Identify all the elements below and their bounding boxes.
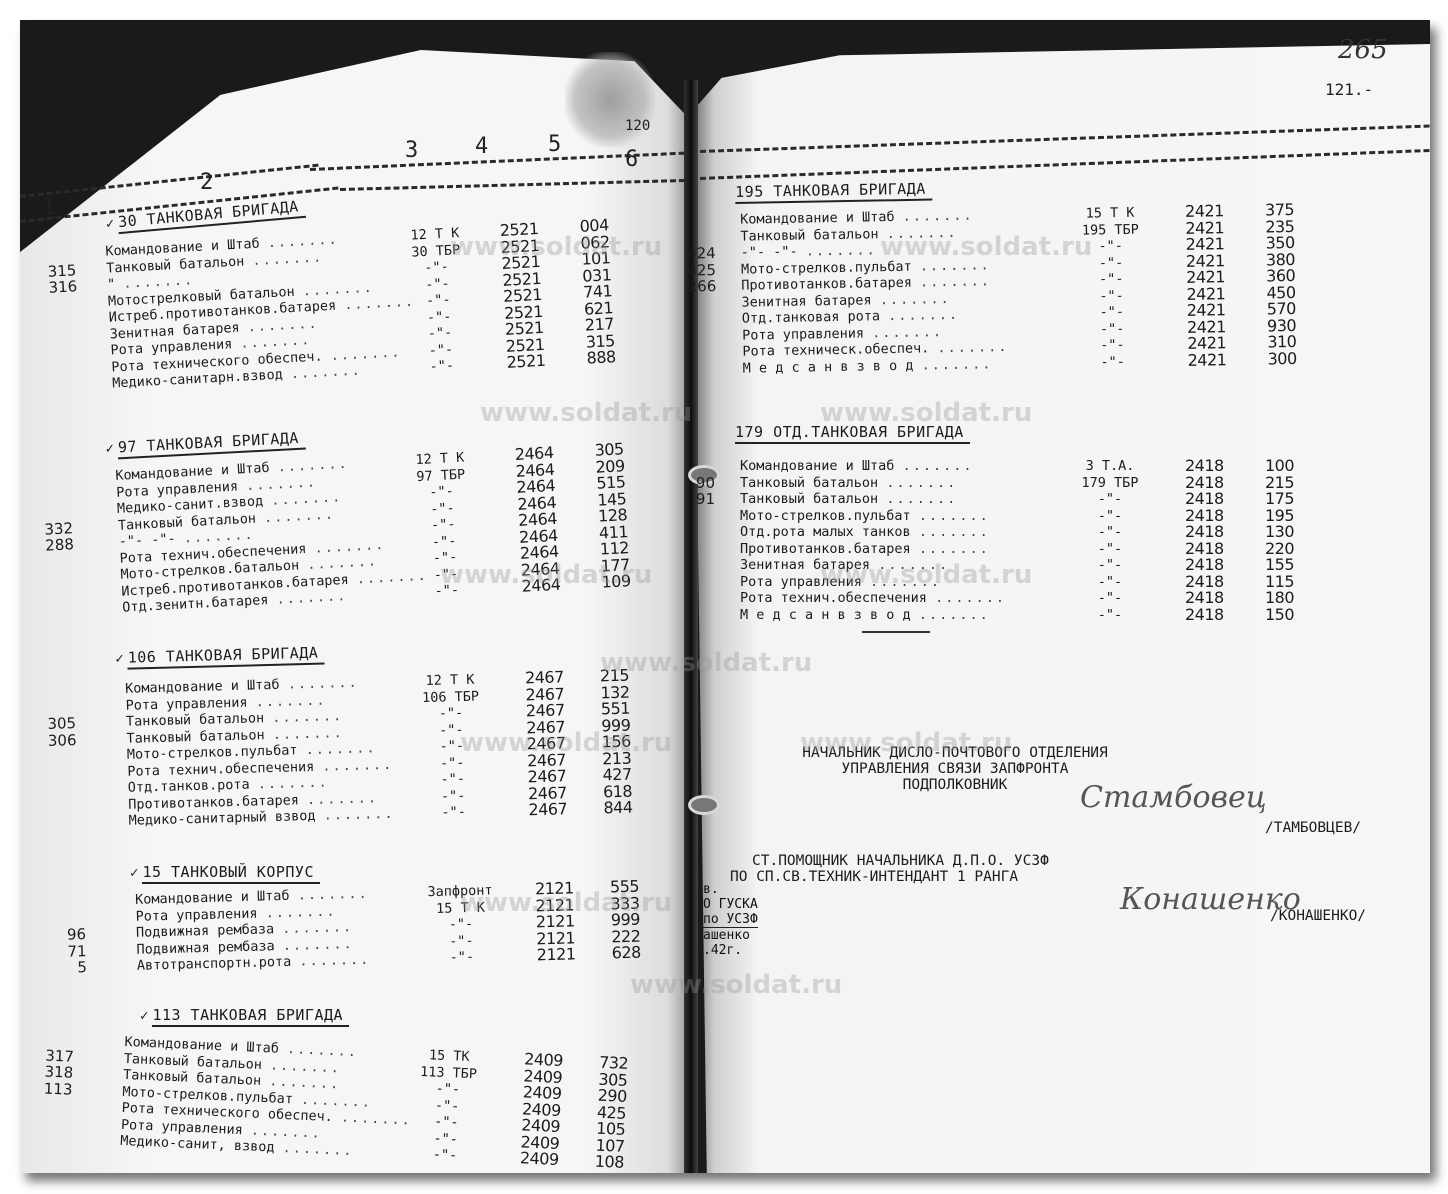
column-number: 5	[548, 132, 561, 157]
postal-station-code: 2464	[521, 577, 561, 596]
parent-unit: -"-	[1065, 541, 1155, 558]
parent-unit: -"-	[1068, 353, 1158, 371]
section-title: 195 ТАНКОВАЯ БРИГАДА	[735, 180, 932, 204]
field-post-number: 888	[586, 349, 616, 367]
subunit-name: М е д с а н в з в о д .......	[740, 607, 990, 624]
margin-note: 424	[676, 245, 716, 262]
stamp-line: по УСЗФ	[703, 912, 758, 928]
stamp-line: О ГУСКА	[703, 897, 758, 912]
subunit-name: Противотанков.батарея .......	[740, 541, 990, 558]
postal-station-code: 2467	[528, 801, 567, 819]
parent-unit: -"-	[1067, 320, 1157, 338]
table-row: Зенитная батарея .......-"-2418155	[720, 557, 1340, 574]
parent-unit: -"-	[417, 948, 507, 967]
parent-unit: -"-	[1066, 237, 1156, 255]
parent-unit: 3 Т.А.	[1065, 458, 1155, 475]
margin-note: 306	[36, 732, 76, 750]
margin-note: 5	[47, 959, 87, 977]
margin-note: 91	[675, 491, 715, 508]
parent-unit: -"-	[1065, 557, 1155, 574]
parent-unit: -"-	[1067, 336, 1157, 354]
section-195-rows: Командование и Штаб .......15 Т К2421375…	[720, 201, 1343, 377]
field-post-number: 109	[601, 573, 631, 591]
stamp-line: .42г.	[703, 943, 758, 958]
checkmark-icon: ✓	[140, 1008, 148, 1024]
section-15tk-rows: Командование и Штаб .......Запфронт21215…	[90, 878, 672, 976]
stamp-line: ашенко	[703, 928, 758, 943]
subunit-name: Отд.рота малых танков .......	[740, 524, 990, 541]
column-number: 3	[405, 138, 418, 163]
stamp-line: в.	[703, 882, 758, 897]
column-number: 6	[625, 147, 638, 172]
parent-unit: -"-	[1067, 303, 1157, 321]
section-113-tank-brigade: ✓113 ТАНКОВАЯ БРИГАДА	[140, 1005, 349, 1027]
parent-unit: -"-	[408, 803, 498, 822]
handwritten-signature: Стамбовец	[1080, 780, 1267, 815]
margin-note: 96	[46, 926, 86, 944]
signature-title-line: ПО СП.СВ.ТЕХНИК-ИНТЕНДАНТ 1 РАНГА	[730, 869, 1049, 885]
checkmark-icon: ✓	[115, 651, 124, 667]
margin-note: 305	[36, 715, 76, 733]
parent-unit: -"-	[1065, 491, 1155, 508]
column-number: 1	[42, 195, 55, 220]
document-photo: 1 2 3 4 5 6 120 ✓30 ТАНКОВАЯ БРИГАДА Ком…	[20, 20, 1430, 1173]
column-number: 4	[475, 134, 488, 159]
signatory-name: /КОНАШЕНКО/	[1270, 908, 1366, 924]
parent-unit: -"-	[1066, 254, 1156, 272]
field-post-number: 108	[594, 1154, 624, 1172]
field-post-number: 150	[1265, 607, 1294, 624]
parent-unit: -"-	[1065, 508, 1155, 525]
section-15-tank-corps: ✓15 ТАНКОВЫЙ КОРПУС	[130, 862, 320, 884]
subunit-name: Командование и Штаб .......	[740, 458, 973, 475]
parent-unit: 179 ТБР	[1065, 475, 1155, 492]
parent-unit: -"-	[1066, 270, 1156, 288]
signature-title-line: УПРАВЛЕНИЯ СВЯЗИ ЗАПФРОНТА	[745, 761, 1165, 777]
table-row: Командование и Штаб .......3 Т.А.2418100	[720, 458, 1340, 475]
field-post-number: 844	[603, 800, 632, 817]
checkmark-icon: ✓	[105, 216, 115, 233]
subunit-name: Танковый батальон .......	[740, 475, 957, 492]
field-post-number: 628	[612, 945, 641, 962]
page-number: 121.-	[1325, 80, 1373, 99]
checkmark-icon: ✓	[105, 441, 114, 457]
field-post-number: 300	[1268, 350, 1297, 367]
page-number: 120	[625, 118, 650, 134]
margin-note: 113	[32, 1079, 73, 1097]
table-row: Рота управления .......-"-2418115	[720, 574, 1340, 591]
subunit-name: Рота управления .......	[740, 574, 941, 591]
handwritten-page-number: 265	[1338, 35, 1388, 65]
section-106-rows: Командование и Штаб .......12 Т К2467215…	[80, 667, 664, 831]
postal-station-code: 2121	[537, 946, 576, 964]
margin-note: 288	[34, 536, 75, 555]
parent-unit: -"-	[1066, 287, 1156, 305]
subunit-name: Зенитная батарея .......	[740, 557, 949, 574]
table-row: 90Танковый батальон .......179 ТБР241821…	[720, 475, 1340, 492]
table-row: М е д с а н в з в о д .......-"-2418150	[720, 607, 1340, 624]
subunit-name: Рота технич.обеспечения .......	[740, 590, 1006, 607]
table-row: Рота технич.обеспечения .......-"-241818…	[720, 590, 1340, 607]
table-row: 91Танковый батальон .......-"-2418175	[720, 491, 1340, 508]
subunit-name: Мото-стрелков.пульбат .......	[740, 508, 990, 525]
parent-unit: 195 ТБР	[1065, 221, 1155, 239]
margin-note: 316	[37, 278, 78, 297]
parent-unit: -"-	[1065, 574, 1155, 591]
postal-station-code: 2409	[520, 1150, 559, 1168]
section-97-rows: Командование и Штаб .......12 Т К2464305…	[75, 440, 662, 619]
postal-station-code: 2421	[1188, 352, 1227, 369]
binding-ring	[688, 795, 720, 815]
margin-note: 90	[675, 475, 715, 492]
section-179-tank-brigade: 179 ОТД.ТАНКОВАЯ БРИГАДА	[735, 422, 970, 444]
section-divider	[862, 631, 930, 633]
postal-station-code: 2418	[1185, 607, 1224, 624]
section-179-rows: Командование и Штаб .......3 Т.А.2418100…	[720, 458, 1340, 623]
column-number: 2	[200, 170, 213, 195]
section-title: 15 ТАНКОВЫЙ КОРПУС	[142, 863, 320, 884]
section-195-tank-brigade: 195 ТАНКОВАЯ БРИГАДА	[735, 179, 932, 204]
parent-unit: -"-	[1065, 524, 1155, 541]
table-row: Противотанков.батарея .......-"-2418220	[720, 541, 1340, 558]
section-title: 179 ОТД.ТАНКОВАЯ БРИГАДА	[735, 423, 970, 444]
signatory-name: /ТАМБОВЦЕВ/	[1265, 820, 1361, 836]
parent-unit: 15 Т К	[1065, 204, 1155, 222]
margin-note: 318	[33, 1063, 74, 1081]
margin-note: 266	[676, 278, 716, 295]
stamp-fragment: в. О ГУСКА по УСЗФ ашенко .42г.	[703, 882, 758, 958]
checkmark-icon: ✓	[130, 865, 138, 881]
parent-unit: -"-	[1065, 607, 1155, 624]
signature-block-2: СТ.ПОМОЩНИК НАЧАЛЬНИКА Д.П.О. УСЗФ ПО СП…	[730, 853, 1049, 885]
section-30-rows: Командование и Штаб .......12 Т К2521004…	[80, 215, 667, 394]
parent-unit: -"-	[1065, 590, 1155, 607]
table-row: Отд.рота малых танков .......-"-2418130	[720, 524, 1340, 541]
signature-title-line: НАЧАЛЬНИК ДИСЛО-ПОЧТОВОГО ОТДЕЛЕНИЯ	[745, 745, 1165, 761]
postal-station-code: 2521	[506, 353, 546, 372]
signature-title-line: СТ.ПОМОЩНИК НАЧАЛЬНИКА Д.П.О. УСЗФ	[730, 853, 1049, 869]
subunit-name: Танковый батальон .......	[740, 491, 957, 508]
section-title: 113 ТАНКОВАЯ БРИГАДА	[152, 1006, 349, 1027]
table-row: Мото-стрелков.пульбат .......-"-2418195	[720, 508, 1340, 525]
